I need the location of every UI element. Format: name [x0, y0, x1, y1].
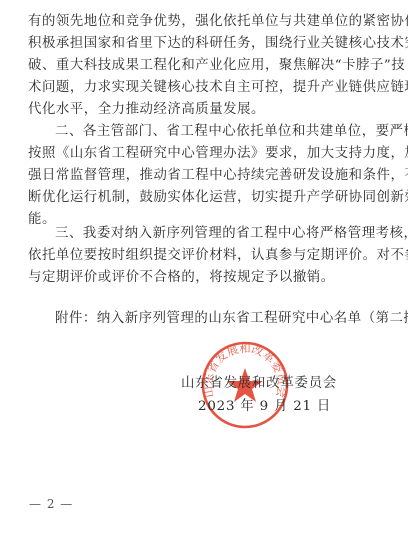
document-page: 有的领先地位和竞争优势，强化依托单位与共建单位的紧密协作， 积极承担国家和省里下… — [0, 0, 408, 541]
paragraph-line: 依托单位要按时组织提交评价材料，认真参与定期评价。对不参 — [28, 248, 360, 264]
paragraph-line: 断优化运行机制，鼓励实体化运营，切实提升产学研协同创新效 — [28, 190, 360, 206]
paragraph-line: 三、我委对纳入新序列管理的省工程中心将严格管理考核， — [55, 226, 360, 242]
paragraph-line: 有的领先地位和竞争优势，强化依托单位与共建单位的紧密协作， — [28, 14, 360, 30]
paragraph-line: 破、重大科技成果工程化和产业化应用，聚焦解决“卡脖子”技 — [28, 58, 360, 74]
attachment-line: 附件：纳入新序列管理的山东省工程研究中心名单（第二批） — [55, 311, 360, 327]
paragraph-line: 代化水平，全力推动经济高质量发展。 — [28, 102, 360, 118]
paragraph-line: 与定期评价或评价不合格的，将按规定予以撤销。 — [28, 270, 360, 286]
page-number: — 2 — — [29, 497, 73, 511]
signature-organization: 山东省发展和改革委员会 — [181, 376, 337, 392]
paragraph-line: 二、各主管部门、省工程中心依托单位和共建单位，要严格 — [55, 124, 360, 140]
paragraph-line: 按照《山东省工程研究中心管理办法》要求，加大支持力度，加 — [28, 146, 360, 162]
paragraph-line: 强日常监督管理，推动省工程中心持续完善研发设施和条件，不 — [28, 168, 360, 184]
signature-date: 2023 年 9 月 21 日 — [198, 399, 331, 415]
paragraph-line: 积极承担国家和省里下达的科研任务，围绕行业关键核心技术突 — [28, 36, 360, 52]
paragraph-line: 术问题，力求实现关键核心技术自主可控，提升产业链供应链现 — [28, 80, 360, 96]
